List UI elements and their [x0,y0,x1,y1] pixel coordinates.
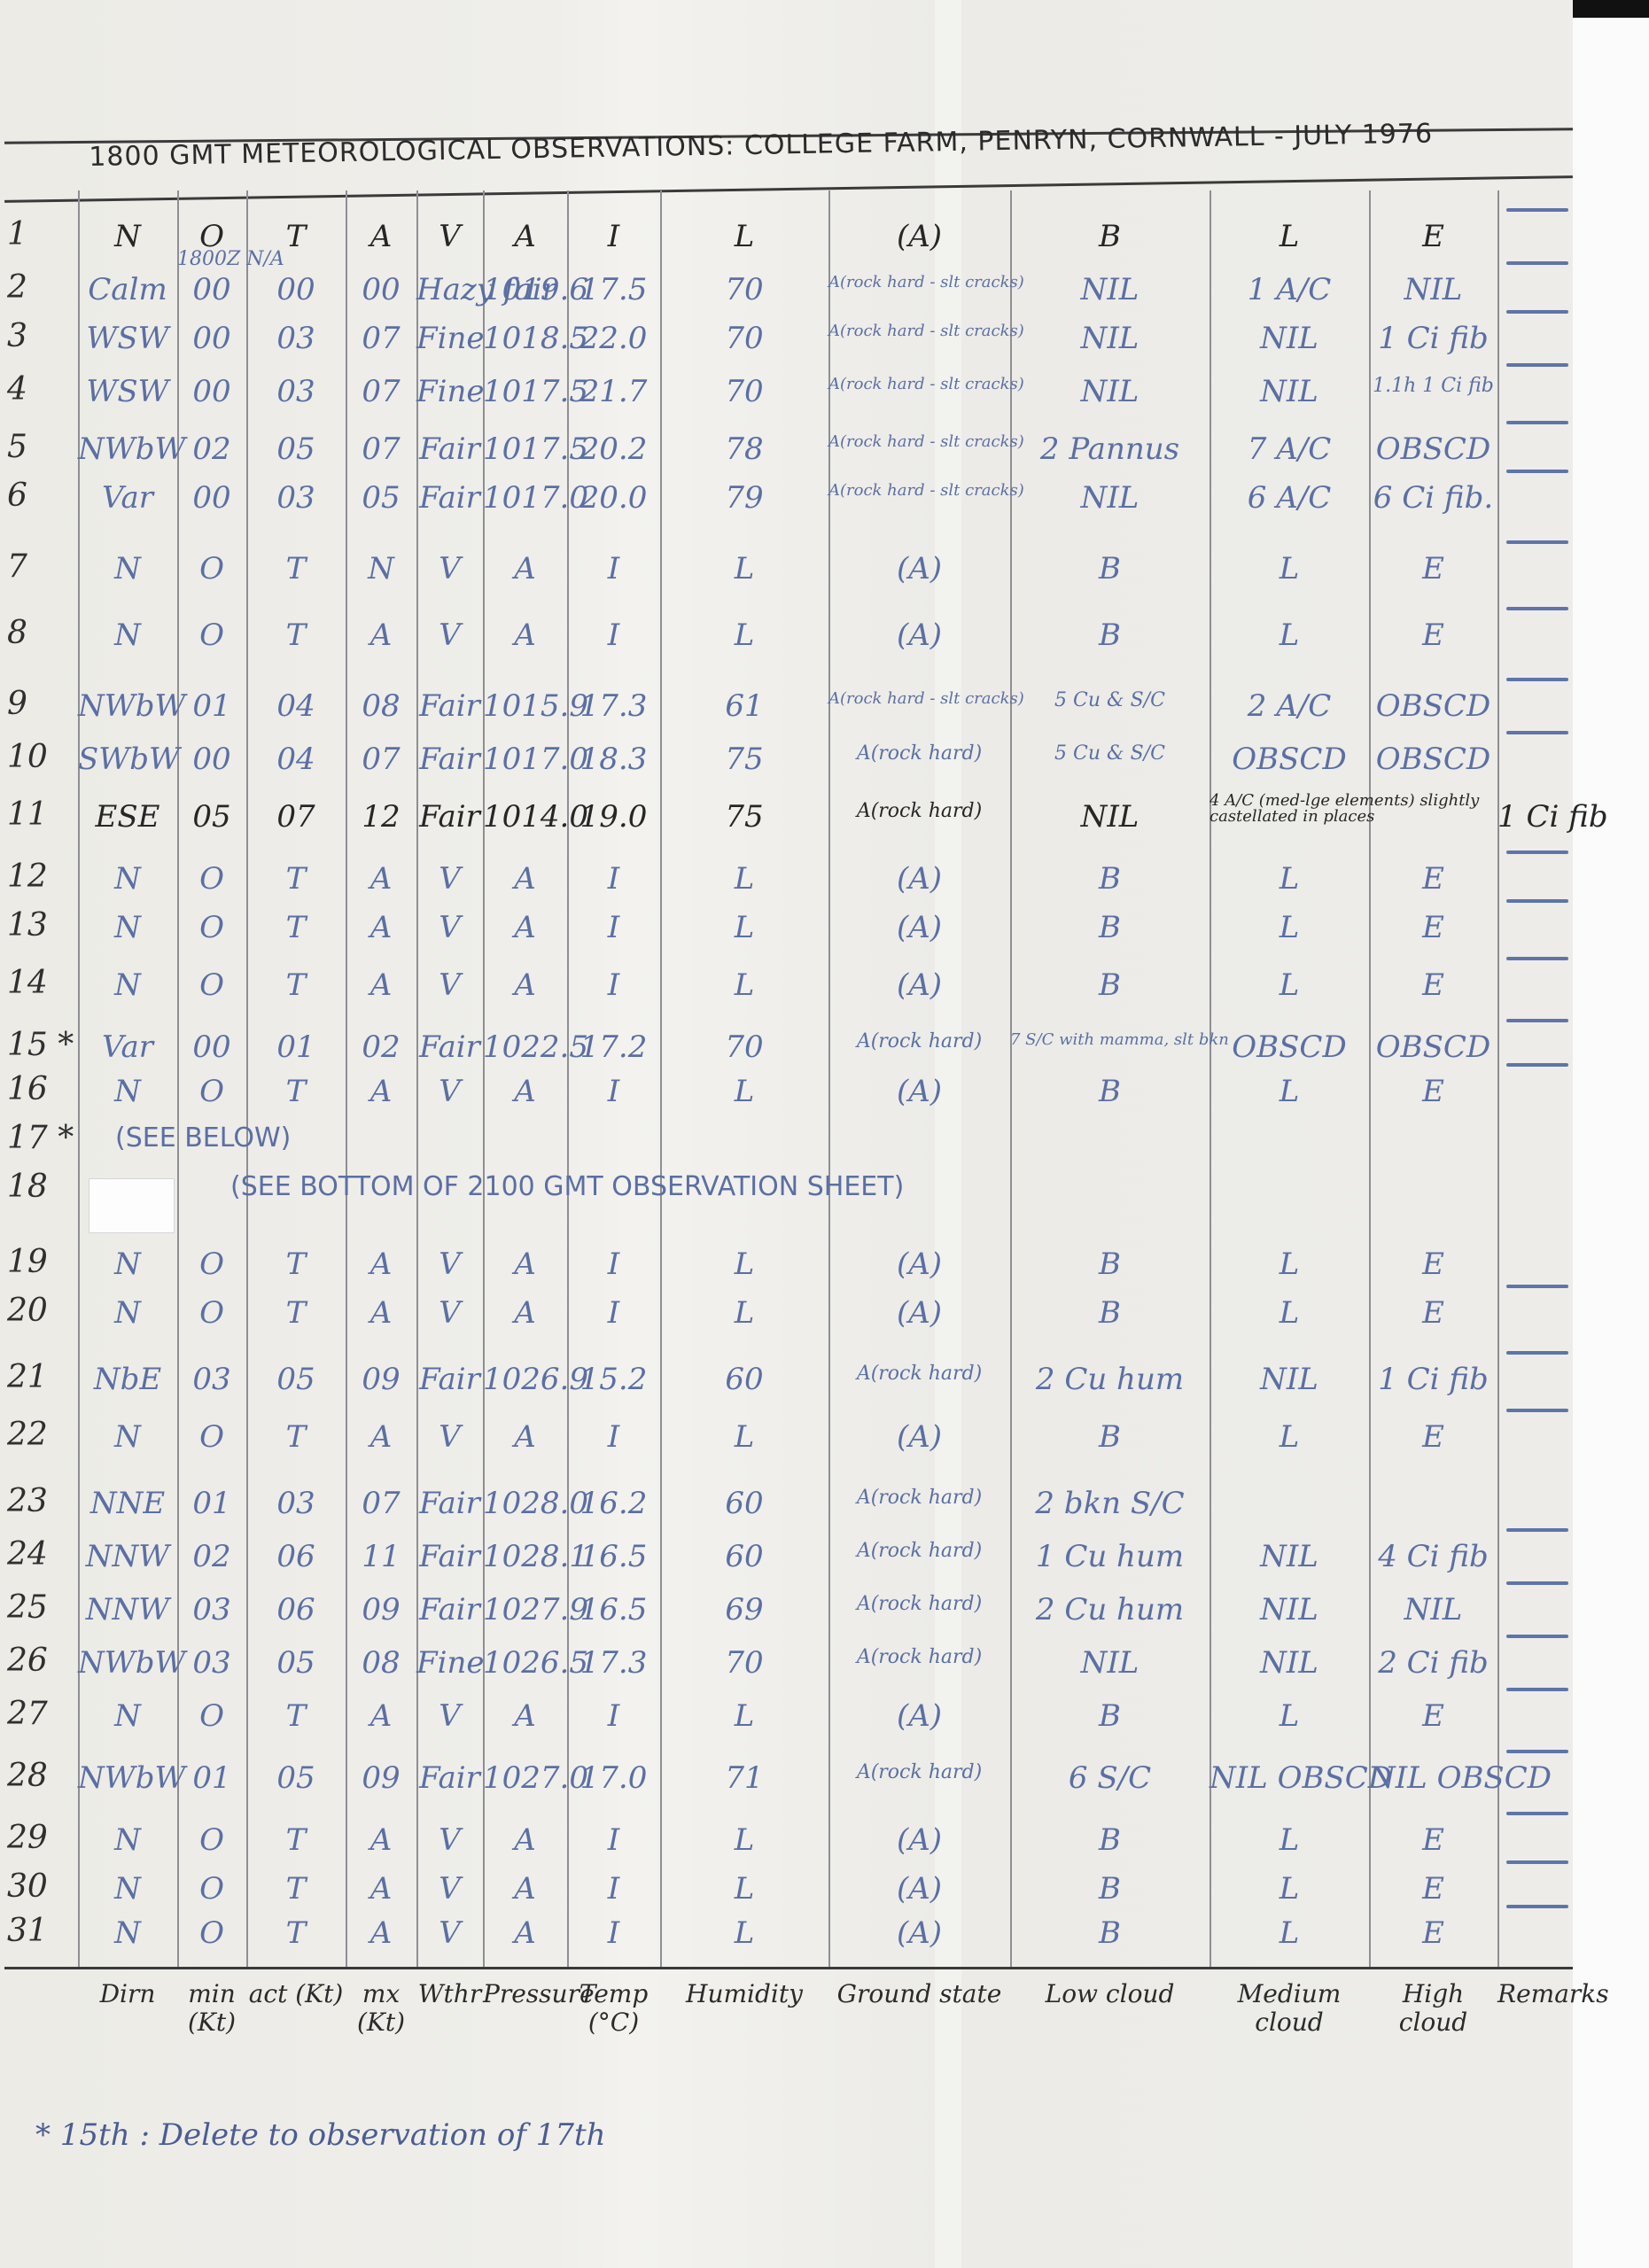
cell-temp: 15.2 [567,1364,660,1394]
cell-high: 1.1h 1 Ci fib [1369,377,1497,396]
cell-humidity: 70 [660,377,828,407]
cell-temp: I [567,620,660,650]
cell-high: E [1369,1076,1497,1107]
cell-high: E [1369,221,1497,252]
day-number: 17 * [7,1120,74,1156]
cell-ground: (A) [828,620,1010,650]
cell-low: B [1010,221,1210,252]
cell-low: 2 bkn S/C [1010,1488,1210,1518]
cell-high: E [1369,1422,1497,1452]
cell-humidity: L [660,1076,828,1107]
cell-act: T [246,1918,346,1948]
cell-temp: I [567,913,660,943]
cell-min: 00 [177,377,246,407]
cell-act: 05 [246,1763,346,1793]
cell-humidity: L [660,1422,828,1452]
cell-max: 09 [346,1763,416,1793]
cell-remarks: 1 Ci fib [1497,802,1573,832]
cell-humidity: 75 [660,802,828,832]
cell-min: O [177,221,246,252]
cell-low: B [1010,1422,1210,1452]
day-number: 20 [7,1293,48,1329]
remarks-dash [1506,1635,1568,1638]
cell-ground: (A) [828,554,1010,584]
cell-medium: L [1210,620,1369,650]
cell-ground: (A) [828,1918,1010,1948]
cell-high: E [1369,554,1497,584]
cell-medium: L [1210,1298,1369,1328]
cell-dirn: N [78,970,177,1000]
column-header-high: High cloud [1369,1980,1497,2037]
remarks-dash [1506,1063,1568,1067]
cell-pressure: A [483,1249,567,1279]
cell-wthr: Fair [416,1032,483,1062]
cell-ground: A(rock hard) [828,802,1010,821]
cell-low: 6 S/C [1010,1763,1210,1793]
column-header-act: act (Kt) [246,1980,346,2008]
day-number: 3 [7,318,27,354]
cell-ground: (A) [828,221,1010,252]
scan-edge [1573,0,1649,18]
remarks-dash [1506,1581,1568,1585]
day-number: 4 [7,371,27,408]
cell-low: B [1010,970,1210,1000]
cell-min: 03 [177,1648,246,1678]
cell-wthr: Fair [416,1364,483,1394]
cell-low: 5 Cu & S/C [1010,691,1210,711]
cell-pressure: A [483,1076,567,1107]
cell-medium: NIL [1210,1648,1369,1678]
cell-dirn: ESE [78,802,177,832]
cell-min: O [177,554,246,584]
title-bottom-rule [4,175,1573,203]
cell-ground: A(rock hard) [828,1364,1010,1384]
cell-high: OBSCD [1369,434,1497,464]
cell-min: 02 [177,434,246,464]
cell-medium: L [1210,1825,1369,1855]
day-number: 22 [7,1417,48,1453]
row-note: 1800Z N/A [177,250,284,269]
cell-act: T [246,1422,346,1452]
cell-ground: (A) [828,1874,1010,1904]
cell-wthr: V [416,1874,483,1904]
cell-dirn: N [78,1076,177,1107]
cell-temp: I [567,1701,660,1731]
cell-dirn: Var [78,1032,177,1062]
day-number: 16 [7,1071,48,1107]
cell-dirn: N [78,864,177,894]
remarks-dash [1506,1409,1568,1412]
cell-act: T [246,620,346,650]
cell-pressure: A [483,1825,567,1855]
remarks-dash [1506,678,1568,681]
cell-temp: 21.7 [567,377,660,407]
cell-dirn: N [78,620,177,650]
cell-dirn: NWbW [78,1648,177,1678]
cell-temp: 16.5 [567,1542,660,1572]
cell-act: 04 [246,691,346,721]
cell-temp: 17.3 [567,1648,660,1678]
cell-dirn: NWbW [78,1763,177,1793]
remarks-dash [1506,957,1568,960]
cell-min: 00 [177,1032,246,1062]
cell-min: 00 [177,744,246,774]
footnote: * 15th : Delete to observation of 17th [35,2117,606,2153]
cell-high: 4 Ci fib [1369,1542,1497,1572]
cell-low: 2 Cu hum [1010,1595,1210,1625]
cell-temp: 16.2 [567,1488,660,1518]
cell-act: T [246,1874,346,1904]
cell-max: A [346,221,416,252]
cell-max: A [346,1701,416,1731]
cell-max: 07 [346,744,416,774]
cell-act: T [246,1076,346,1107]
cell-temp: I [567,554,660,584]
cell-ground: (A) [828,1825,1010,1855]
cell-wthr: Fair [416,744,483,774]
cell-low: B [1010,1298,1210,1328]
cell-ground: A(rock hard) [828,1032,1010,1052]
cell-temp: 17.3 [567,691,660,721]
cell-min: O [177,864,246,894]
cell-wthr: V [416,1701,483,1731]
remarks-dash [1506,208,1568,212]
cell-pressure: 1018.5 [483,323,567,353]
cell-max: A [346,1825,416,1855]
cell-dirn: WSW [78,323,177,353]
cell-medium: NIL OBSCD [1210,1763,1369,1793]
cell-pressure: 1017.0 [483,744,567,774]
row-note: (SEE BOTTOM OF 2100 GMT OBSERVATION SHEE… [230,1174,904,1200]
cell-wthr: V [416,1298,483,1328]
column-header-max: mx (Kt) [346,1980,416,2037]
remarks-dash [1506,1019,1568,1022]
cell-humidity: 60 [660,1488,828,1518]
day-number: 2 [7,269,27,306]
cell-high: 6 Ci fib. [1369,483,1497,513]
column-header-wthr: Wthr [416,1980,483,2008]
cell-min: O [177,913,246,943]
day-number: 13 [7,907,48,944]
cell-ground: (A) [828,1422,1010,1452]
cell-dirn: N [78,913,177,943]
cell-dirn: N [78,554,177,584]
cell-max: A [346,1874,416,1904]
cell-min: O [177,1298,246,1328]
cell-dirn: NNE [78,1488,177,1518]
cell-pressure: 1019.6 [483,275,567,305]
cell-humidity: 70 [660,1032,828,1062]
day-number: 25 [7,1589,48,1626]
day-number: 31 [7,1913,48,1949]
cell-max: 07 [346,434,416,464]
cell-pressure: 1027.9 [483,1595,567,1625]
cell-dirn: WSW [78,377,177,407]
cell-act: 06 [246,1595,346,1625]
cell-high: E [1369,864,1497,894]
cell-min: 00 [177,323,246,353]
cell-temp: 22.0 [567,323,660,353]
cell-max: 12 [346,802,416,832]
cell-pressure: 1026.9 [483,1364,567,1394]
sheet-title: 1800 GMT METEOROLOGICAL OBSERVATIONS: CO… [89,116,1577,173]
cell-medium: 4 A/C (med-lge elements) slightly castel… [1210,793,1520,825]
cell-medium: OBSCD [1210,1032,1369,1062]
remarks-dash [1506,1285,1568,1288]
cell-temp: 20.0 [567,483,660,513]
remarks-dash [1506,261,1568,265]
cell-ground: A(rock hard) [828,1488,1010,1508]
remarks-dash [1506,421,1568,424]
cell-min: O [177,1249,246,1279]
cell-pressure: A [483,221,567,252]
cell-high: NIL [1369,1595,1497,1625]
cell-wthr: Fair [416,691,483,721]
cell-humidity: L [660,1298,828,1328]
correction-patch [89,1178,175,1233]
cell-pressure: 1027.0 [483,1763,567,1793]
cell-humidity: L [660,221,828,252]
cell-wthr: Fine [416,377,483,407]
cell-act: 07 [246,802,346,832]
cell-high: NIL [1369,275,1497,305]
cell-medium: 6 A/C [1210,483,1369,513]
cell-ground: A(rock hard) [828,1763,1010,1783]
cell-ground: (A) [828,913,1010,943]
cell-ground: A(rock hard - slt cracks) [828,691,1010,707]
cell-max: A [346,1918,416,1948]
cell-ground: A(rock hard - slt cracks) [828,323,1010,339]
day-number: 21 [7,1359,48,1395]
cell-min: O [177,1825,246,1855]
cell-wthr: V [416,620,483,650]
day-number: 10 [7,739,48,775]
cell-max: 07 [346,1488,416,1518]
cell-pressure: 1014.0 [483,802,567,832]
cell-min: O [177,1422,246,1452]
cell-high: OBSCD [1369,1032,1497,1062]
cell-temp: I [567,1825,660,1855]
cell-wthr: Fair [416,434,483,464]
cell-humidity: 60 [660,1542,828,1572]
cell-wthr: V [416,554,483,584]
cell-temp: 17.0 [567,1763,660,1793]
cell-max: 09 [346,1364,416,1394]
cell-dirn: SWbW [78,744,177,774]
cell-medium: 2 A/C [1210,691,1369,721]
cell-min: 00 [177,483,246,513]
cell-medium: NIL [1210,1364,1369,1394]
day-number: 8 [7,615,27,651]
cell-act: T [246,913,346,943]
cell-wthr: V [416,1076,483,1107]
cell-max: A [346,1076,416,1107]
cell-humidity: 75 [660,744,828,774]
cell-min: O [177,1874,246,1904]
cell-low: B [1010,913,1210,943]
cell-ground: A(rock hard) [828,1595,1010,1614]
column-header-temp: Temp (°C) [567,1980,660,2037]
cell-high: 1 Ci fib [1369,1364,1497,1394]
cell-ground: A(rock hard - slt cracks) [828,434,1010,450]
cell-low: B [1010,1825,1210,1855]
cell-act: 03 [246,483,346,513]
remarks-dash [1506,1905,1568,1908]
cell-dirn: N [78,1918,177,1948]
remarks-dash [1506,1351,1568,1355]
cell-max: 11 [346,1542,416,1572]
cell-max: A [346,913,416,943]
day-number: 23 [7,1483,48,1519]
cell-ground: A(rock hard) [828,744,1010,764]
cell-min: 01 [177,1488,246,1518]
column-divider [1497,190,1499,1967]
cell-wthr: Fair [416,1595,483,1625]
cell-high: NIL OBSCD [1369,1763,1497,1793]
cell-ground: (A) [828,864,1010,894]
cell-max: 08 [346,1648,416,1678]
remarks-dash [1506,1688,1568,1691]
cell-wthr: Fair [416,1488,483,1518]
cell-high: E [1369,1825,1497,1855]
cell-temp: I [567,221,660,252]
cell-medium: L [1210,1918,1369,1948]
cell-high: OBSCD [1369,744,1497,774]
cell-medium: L [1210,1422,1369,1452]
cell-min: O [177,620,246,650]
cell-pressure: A [483,1918,567,1948]
cell-dirn: NNW [78,1595,177,1625]
column-header-remarks: Remarks [1497,1980,1573,2008]
cell-max: 00 [346,275,416,305]
cell-ground: (A) [828,970,1010,1000]
cell-pressure: A [483,1422,567,1452]
cell-low: NIL [1010,323,1210,353]
cell-max: A [346,1298,416,1328]
cell-pressure: A [483,913,567,943]
cell-humidity: 78 [660,434,828,464]
column-header-dirn: Dirn [78,1980,177,2008]
cell-pressure: 1028.0 [483,1488,567,1518]
day-number: 18 [7,1169,48,1205]
cell-temp: 17.2 [567,1032,660,1062]
cell-wthr: V [416,1918,483,1948]
day-number: 6 [7,478,27,514]
cell-low: B [1010,554,1210,584]
cell-temp: 20.2 [567,434,660,464]
column-header-medium: Medium cloud [1210,1980,1369,2037]
day-number: 7 [7,548,27,585]
day-number: 11 [7,796,48,833]
observation-sheet: 1800 GMT METEOROLOGICAL OBSERVATIONS: CO… [0,0,1573,2268]
cell-min: 01 [177,1763,246,1793]
cell-act: T [246,1701,346,1731]
cell-max: 05 [346,483,416,513]
cell-act: 04 [246,744,346,774]
cell-max: A [346,970,416,1000]
cell-low: NIL [1010,377,1210,407]
cell-wthr: V [416,970,483,1000]
cell-act: T [246,1249,346,1279]
cell-act: 06 [246,1542,346,1572]
cell-act: T [246,554,346,584]
cell-medium: NIL [1210,323,1369,353]
cell-wthr: Fair [416,1763,483,1793]
column-header-humidity: Humidity [660,1980,828,2008]
cell-max: A [346,620,416,650]
cell-max: 07 [346,323,416,353]
day-number: 24 [7,1536,48,1573]
cell-medium: L [1210,913,1369,943]
cell-high: E [1369,913,1497,943]
cell-low: B [1010,864,1210,894]
row-note: (SEE BELOW) [115,1125,291,1152]
cell-humidity: 70 [660,275,828,305]
cell-dirn: N [78,221,177,252]
cell-ground: (A) [828,1298,1010,1328]
cell-ground: A(rock hard) [828,1648,1010,1667]
cell-min: 02 [177,1542,246,1572]
cell-ground: (A) [828,1249,1010,1279]
cell-humidity: 61 [660,691,828,721]
cell-wthr: V [416,1422,483,1452]
cell-low: NIL [1010,275,1210,305]
day-number: 26 [7,1643,48,1679]
cell-max: N [346,554,416,584]
cell-medium: L [1210,554,1369,584]
remarks-dash [1506,1812,1568,1815]
cell-high: E [1369,620,1497,650]
cell-high: E [1369,1918,1497,1948]
cell-temp: I [567,1298,660,1328]
cell-low: 7 S/C with mamma, slt bkn [1010,1032,1210,1048]
cell-high: 2 Ci fib [1369,1648,1497,1678]
cell-temp: 19.0 [567,802,660,832]
remarks-dash [1506,470,1568,473]
cell-humidity: L [660,1825,828,1855]
cell-dirn: Calm [78,275,177,305]
cell-wthr: V [416,913,483,943]
cell-wthr: V [416,1825,483,1855]
cell-pressure: 1017.5 [483,377,567,407]
cell-wthr: Fair [416,483,483,513]
cell-dirn: NbE [78,1364,177,1394]
cell-humidity: L [660,970,828,1000]
day-number: 14 [7,965,48,1001]
day-number: 12 [7,858,48,895]
cell-humidity: L [660,1874,828,1904]
remarks-dash [1506,310,1568,314]
cell-low: 5 Cu & S/C [1010,744,1210,764]
cell-pressure: A [483,1701,567,1731]
cell-act: 03 [246,377,346,407]
cell-max: 07 [346,377,416,407]
cell-medium: L [1210,1076,1369,1107]
cell-wthr: Fine [416,323,483,353]
cell-temp: I [567,970,660,1000]
cell-medium: L [1210,1249,1369,1279]
remarks-dash [1506,540,1568,544]
cell-act: T [246,1298,346,1328]
day-number: 19 [7,1244,48,1280]
cell-wthr: Fair [416,1542,483,1572]
remarks-dash [1506,850,1568,854]
cell-max: 09 [346,1595,416,1625]
remarks-dash [1506,1750,1568,1753]
cell-humidity: 79 [660,483,828,513]
cell-max: 02 [346,1032,416,1062]
cell-medium: NIL [1210,1595,1369,1625]
